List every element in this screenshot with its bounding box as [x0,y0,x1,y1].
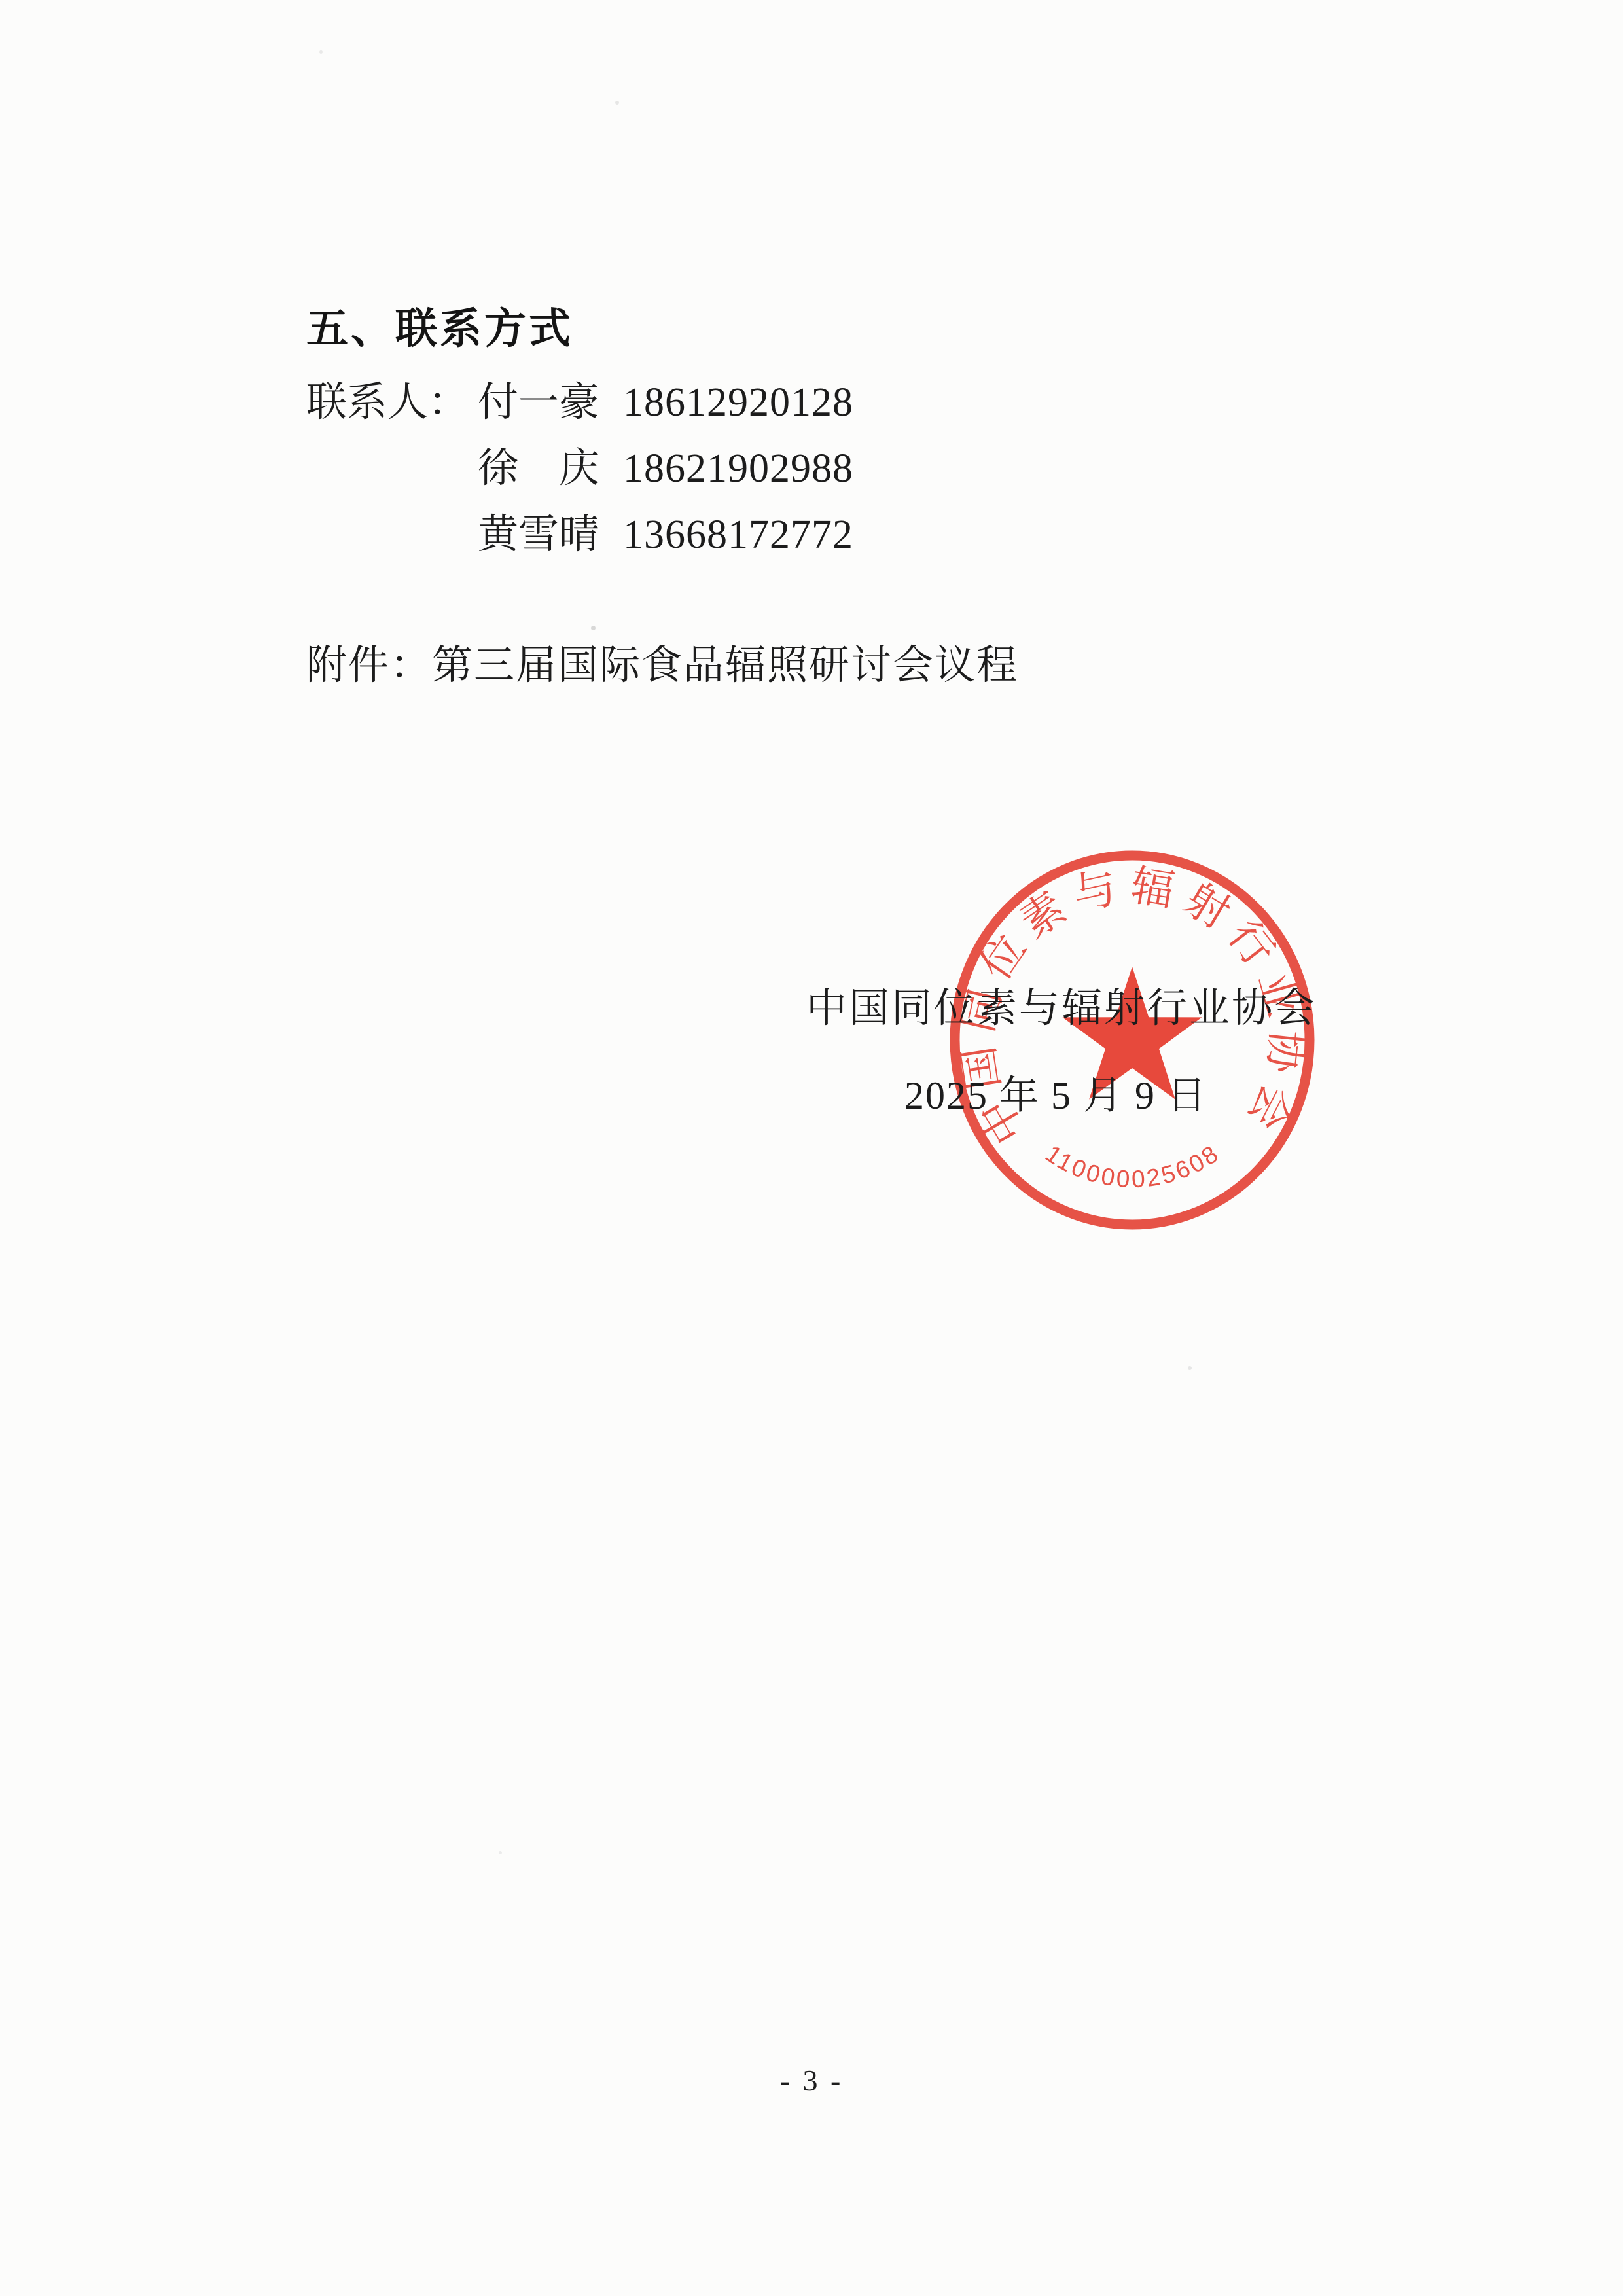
contact-row: 徐庆 18621902988 [478,448,853,514]
contact-name: 付一豪 [478,382,599,423]
contact-phone: 13668172772 [623,514,853,555]
contact-row: 黄雪晴 13668172772 [478,514,853,581]
page-number: - 3 - [0,2066,1623,2096]
scan-speck [499,1851,502,1854]
official-seal-stamp: 中国同位素与辐射行业协会 1100000256083 [929,838,1335,1244]
section-heading: 五、联系方式 [306,308,573,350]
scan-speck [319,50,323,54]
contact-phone: 18621902988 [623,448,853,489]
signature-organization: 中国同位素与辐射行业协会 [806,988,1317,1029]
contact-row: 付一豪 18612920128 [478,382,853,448]
document-page: 五、联系方式 联系人： 付一豪 18612920128 徐庆 186219029… [0,0,1623,2296]
scan-speck [1188,1366,1192,1370]
signature-date: 2025 年 5 月 9 日 [904,1076,1207,1115]
contact-name: 黄雪晴 [478,514,599,555]
contact-name: 徐庆 [478,448,599,489]
scan-speck [591,626,596,630]
attachment-line: 附件：第三届国际食品辐照研讨会议程 [306,645,1018,686]
scan-speck [615,101,619,105]
contact-list: 付一豪 18612920128 徐庆 18621902988 黄雪晴 13668… [478,382,853,581]
contact-label: 联系人： [306,382,469,423]
contact-phone: 18612920128 [623,382,853,423]
